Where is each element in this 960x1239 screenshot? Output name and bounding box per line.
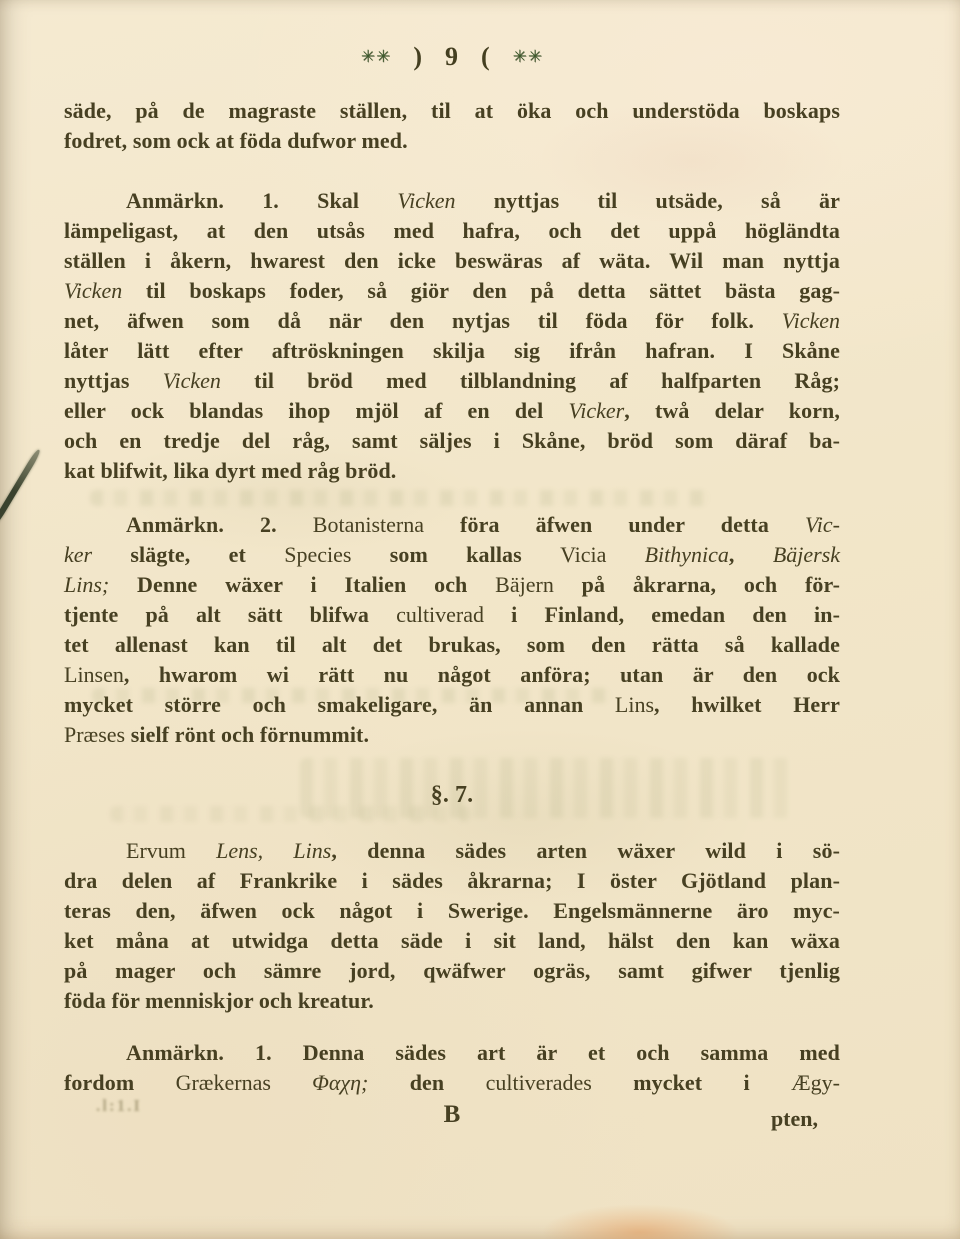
text-line: Lins; Denne wäxer i Italien och Bäjern p…: [64, 570, 840, 600]
text-segment: , hwilket Herr: [654, 692, 840, 717]
text-line: nyttjas Vicken til bröd med tilblandning…: [64, 366, 840, 396]
text-line: Ervum Lens, Lins, denna sädes arten wäxe…: [64, 836, 840, 866]
text-segment: nyttjas til utsäde, så är: [456, 188, 840, 213]
text-segment: tet allenast kan til alt det brukas, som…: [64, 632, 840, 657]
text-segment: cultiverades: [486, 1070, 592, 1095]
text-segment: Ervum: [126, 838, 216, 863]
text-line: säde, på de magraste ställen, til at öka…: [64, 96, 840, 126]
text-line: mycket större och smakeligare, än annan …: [64, 690, 840, 720]
text-segment: Vicken: [163, 368, 221, 393]
text-segment: , denna sädes arten wäxer wild i sö-: [331, 838, 840, 863]
text-segment: kat blifwit, lika dyrt med råg bröd.: [64, 458, 396, 483]
text-line: Vicken til boskaps foder, så giör den på…: [64, 276, 840, 306]
catchword: pten,: [771, 1104, 818, 1134]
text-segment: föda för menniskjor och kreatur.: [64, 988, 374, 1013]
para-anm1-vicken: Anmärkn. 1. Skal Vicken nyttjas til utsä…: [64, 186, 840, 486]
text-line: tet allenast kan til alt det brukas, som…: [64, 630, 840, 660]
text-segment: til boskaps foder, så giör den på detta …: [122, 278, 840, 303]
text-segment: net, äfwen som då när den nytjas til föd…: [64, 308, 782, 333]
text-segment: , hwarom wi rätt nu något anföra; utan ä…: [124, 662, 840, 687]
text-line: teras den, äfwen ock något i Swerige. En…: [64, 896, 840, 926]
text-segment: nyttjas: [64, 368, 163, 393]
text-segment: föra äfwen under detta: [424, 512, 805, 537]
text-segment: Lens, Lins: [216, 838, 331, 863]
text-segment: mycket i: [592, 1070, 791, 1095]
text-segment: ,: [729, 542, 773, 567]
text-segment: Vicia: [560, 542, 645, 567]
text-line: Anmärkn. 1. Skal Vicken nyttjas til utsä…: [64, 186, 840, 216]
text-segment: dra delen af Frankrike i sädes åkrarna; …: [64, 868, 840, 893]
text-line: Præses sielf rönt och förnummit.: [64, 720, 840, 750]
text-segment: Bäjersk: [773, 542, 840, 567]
text-segment: lämpeligast, at den utsås med hafra, och…: [64, 218, 840, 243]
text-line: Anmärkn. 1. Denna sädes art är et och sa…: [64, 1038, 840, 1068]
signature-mark: B: [64, 1100, 840, 1130]
section-mark-line: §. 7.: [64, 780, 840, 810]
text-line: och en tredje del råg, samt säljes i Skå…: [64, 426, 840, 456]
text-segment: på åkrarna, och för-: [554, 572, 840, 597]
text-line: ker slägte, et Species som kallas Vicia …: [64, 540, 840, 570]
text-line: på mager och sämre jord, qwäfwer ogräs, …: [64, 956, 840, 986]
book-page: ✳✳ ) 9 ( ✳✳ säde, på de magraste ställen…: [0, 0, 960, 1239]
text-line: eller ock blandas ihop mjöl af en del Vi…: [64, 396, 840, 426]
text-segment: i Finland, emedan den in-: [484, 602, 840, 627]
text-segment: säde, på de magraste ställen, til at öka…: [64, 98, 840, 123]
page-header: ✳✳ ) 9 ( ✳✳: [64, 42, 840, 72]
para-anm1-lens: Anmärkn. 1. Denna sädes art är et och sa…: [64, 1038, 840, 1098]
text-segment: Botanisterna: [313, 512, 424, 537]
text-segment: teras den, äfwen ock något i Swerige. En…: [64, 898, 840, 923]
text-segment: Vicken: [64, 278, 122, 303]
text-segment: mycket större och smakeligare, än annan: [64, 692, 615, 717]
text-segment: Vic-: [805, 512, 840, 537]
text-segment: Bithynica: [645, 542, 729, 567]
show-through-mark: .l:1.I: [96, 1096, 142, 1116]
text-segment: Anmärkn. 1. Denna sädes art är et och sa…: [126, 1040, 840, 1065]
text-segment: Lins: [615, 692, 654, 717]
para-ervum: Ervum Lens, Lins, denna sädes arten wäxe…: [64, 836, 840, 1016]
text-segment: låter lätt efter aftröskningen skilja si…: [64, 338, 840, 363]
text-segment: Vicken: [397, 188, 455, 213]
text-segment: sielf rönt och förnummit.: [125, 722, 369, 747]
text-line: Linsen, hwarom wi rätt nu något anföra; …: [64, 660, 840, 690]
text-segment: slägte, et: [92, 542, 284, 567]
text-line: fodret, som ock at föda dufwor med.: [64, 126, 840, 156]
para-intro: säde, på de magraste ställen, til at öka…: [64, 96, 840, 156]
text-segment: ker: [64, 542, 92, 567]
text-segment: fodret, som ock at föda dufwor med.: [64, 128, 408, 153]
text-line: tjente på alt sätt blifwa cultiverad i F…: [64, 600, 840, 630]
text-segment: fordom: [64, 1070, 176, 1095]
text-segment: Anmärkn. 1. Skal: [126, 188, 397, 213]
text-line: §. 7.: [64, 780, 840, 810]
text-segment: Ægy-: [791, 1070, 840, 1095]
header-close-bracket: (: [481, 42, 491, 72]
text-segment: Lins;: [64, 572, 109, 597]
text-segment: Linsen: [64, 662, 124, 687]
text-segment: den: [368, 1070, 485, 1095]
text-line: kat blifwit, lika dyrt med råg bröd.: [64, 456, 840, 486]
text-block: säde, på de magraste ställen, til at öka…: [64, 96, 840, 1132]
text-segment: Anmärkn. 2.: [126, 512, 313, 537]
text-segment: på mager och sämre jord, qwäfwer ogräs, …: [64, 958, 840, 983]
text-segment: Denne wäxer i Italien och: [109, 572, 495, 597]
header-open-bracket: ): [413, 42, 423, 72]
text-segment: tjente på alt sätt blifwa: [64, 602, 396, 627]
text-segment: Præses: [64, 722, 125, 747]
text-segment: Φαχη;: [312, 1070, 368, 1095]
text-segment: Vicken: [782, 308, 840, 333]
text-line: fordom Grækernas Φαχη; den cultiverades …: [64, 1068, 840, 1098]
margin-ink-stroke: [0, 448, 42, 527]
text-line: ket måna at utwidga detta säde i sit lan…: [64, 926, 840, 956]
text-segment: Vicker: [568, 398, 624, 423]
text-line: dra delen af Frankrike i sädes åkrarna; …: [64, 866, 840, 896]
page-number: 9: [445, 42, 459, 72]
text-line: låter lätt efter aftröskningen skilja si…: [64, 336, 840, 366]
para-anm2-vicker: Anmärkn. 2. Botanisterna föra äfwen unde…: [64, 510, 840, 750]
text-segment: Species: [284, 542, 351, 567]
text-segment: cultiverad: [396, 602, 484, 627]
text-segment: §. 7.: [431, 782, 474, 808]
text-segment: Bäjern: [495, 572, 554, 597]
text-line: ställen i åkern, hwarest den icke beswär…: [64, 246, 840, 276]
text-line: Anmärkn. 2. Botanisterna föra äfwen unde…: [64, 510, 840, 540]
text-line: föda för menniskjor och kreatur.: [64, 986, 840, 1016]
text-segment: ket måna at utwidga detta säde i sit lan…: [64, 928, 840, 953]
text-segment: och en tredje del råg, samt säljes i Skå…: [64, 428, 840, 453]
text-segment: til bröd med tilblandning af halfparten …: [221, 368, 840, 393]
footer-row: B pten,: [64, 1100, 840, 1132]
text-segment: eller ock blandas ihop mjöl af en del: [64, 398, 568, 423]
fleuron-ornament-left-icon: ✳✳: [361, 47, 392, 67]
text-line: lämpeligast, at den utsås med hafra, och…: [64, 216, 840, 246]
text-line: net, äfwen som då när den nytjas til föd…: [64, 306, 840, 336]
text-segment: som kallas: [351, 542, 560, 567]
text-segment: ställen i åkern, hwarest den icke beswär…: [64, 248, 840, 273]
text-segment: , twå delar korn,: [624, 398, 840, 423]
text-segment: Grækernas: [176, 1070, 313, 1095]
fleuron-ornament-right-icon: ✳✳: [513, 47, 544, 67]
